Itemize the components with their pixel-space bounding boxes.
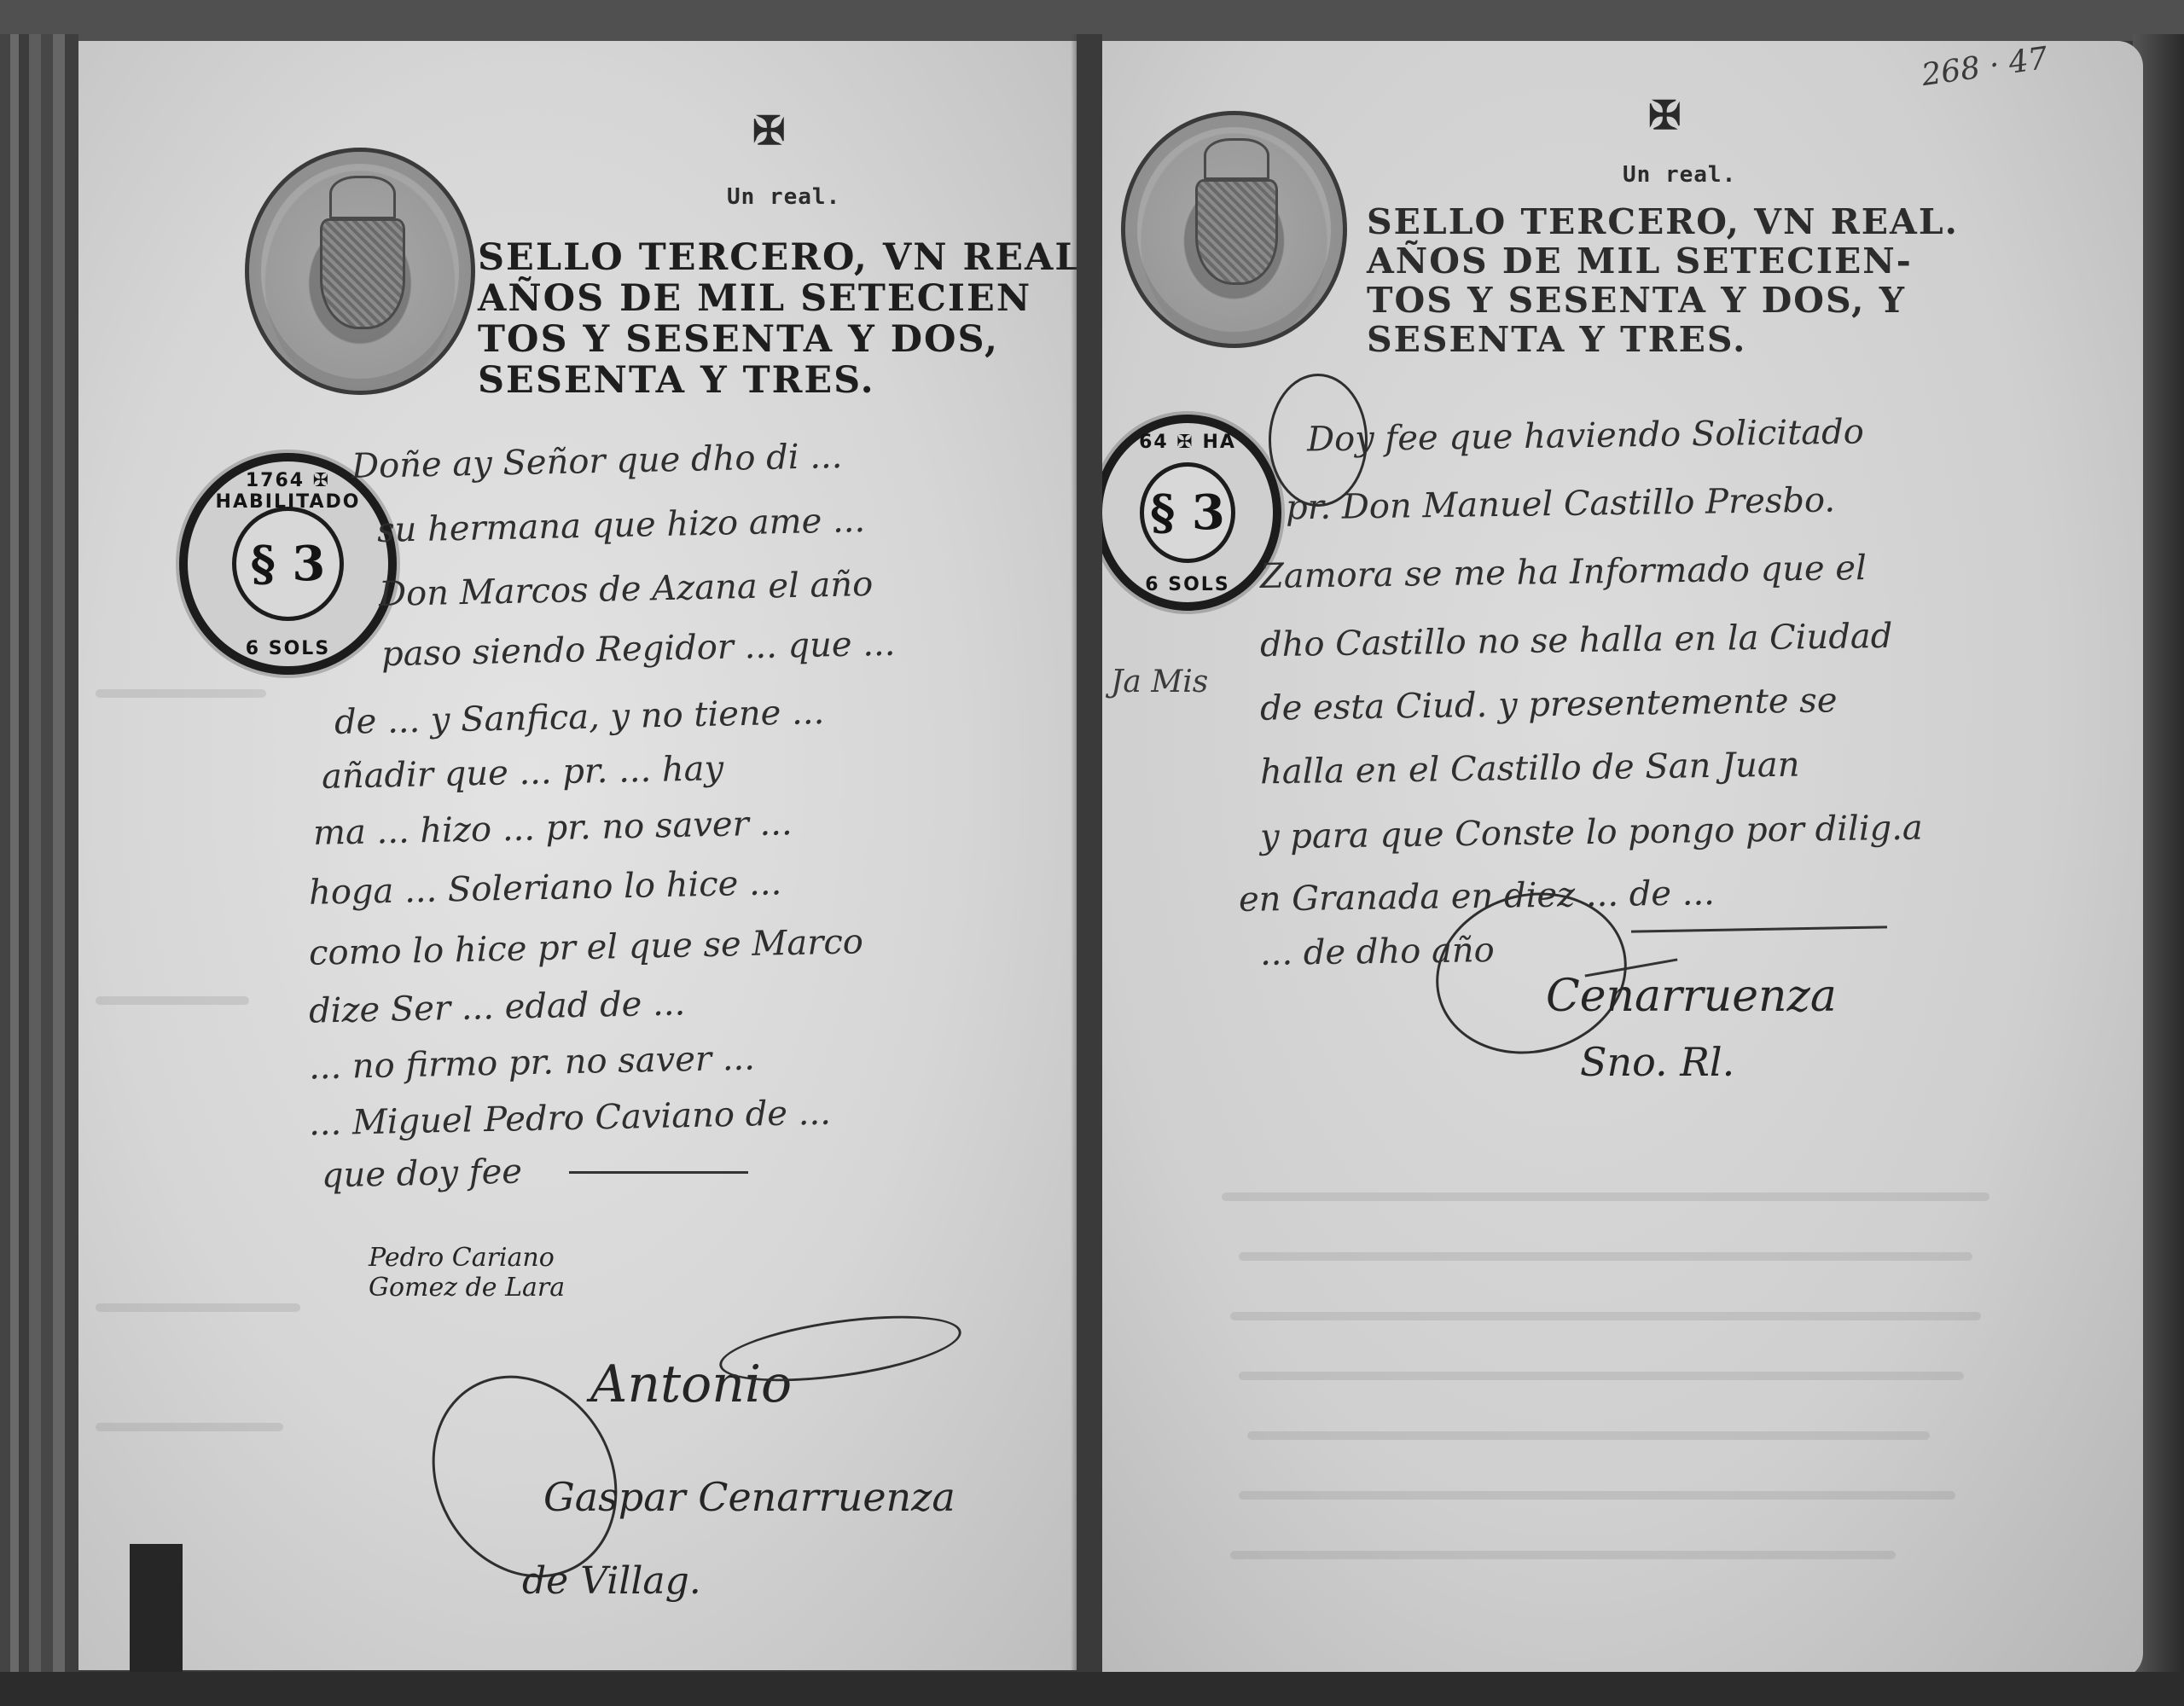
royal-seal <box>1121 111 1347 348</box>
handwritten-line: ... no firmo pr. no saver ... <box>309 1039 756 1088</box>
section-symbol-icon: § 3 <box>251 540 326 588</box>
tax-stamp-ring-bottom: 6 SOLS <box>1102 574 1273 595</box>
stamp-line: SELLO TERCERO, VN REAL. <box>1367 203 1959 242</box>
royal-seal <box>245 148 475 395</box>
cross-icon: ✠ <box>1648 92 1682 138</box>
cross-icon: ✠ <box>752 107 786 154</box>
handwritten-line: de ... y Sanfica, y no tiene ... <box>334 693 825 742</box>
handwritten-line: ma ... hizo ... pr. no saver ... <box>313 804 793 853</box>
bleed-through <box>1222 1192 1989 1201</box>
handwritten-line: pr. Don Manuel Castillo Presbo. <box>1286 481 1836 528</box>
stamp-line: SELLO TERCERO, VN REAL <box>478 237 1077 278</box>
handwritten-line: paso siendo Regidor ... que ... <box>381 624 896 675</box>
stamp-line: AÑOS DE MIL SETECIEN- <box>1367 242 1959 281</box>
signature-name: Pedro Cariano <box>369 1244 565 1274</box>
signature-subtitle: Sno. Rl. <box>1580 1039 1734 1085</box>
tax-stamp: 64 ✠ HA § 3 6 SOLS <box>1102 415 1281 611</box>
scanner-bottom-margin <box>0 1672 2184 1706</box>
tax-stamp-center: § 3 <box>232 507 345 621</box>
signature-name: Gaspar Cenarruenza <box>543 1474 955 1520</box>
margin-note: Ja Mis <box>1111 664 1208 700</box>
handwritten-line: como lo hice pr el que se Marco <box>309 922 864 973</box>
stamp-line: TOS Y SESENTA Y DOS, <box>478 319 1077 360</box>
bleed-through <box>1247 1431 1930 1440</box>
handwritten-line: y para que Conste lo pongo por dilig.a <box>1260 809 1923 857</box>
handwritten-line: Don Marcos de Azana el año <box>379 565 874 614</box>
tax-stamp-ring-top: 64 ✠ HA <box>1102 432 1273 453</box>
bleed-through <box>1239 1491 1955 1500</box>
handwritten-line: hoga ... Soleriano lo hice ... <box>309 863 782 913</box>
bleed-through <box>96 689 266 698</box>
handwritten-line: dize Ser ... edad de ... <box>309 984 686 1030</box>
stamp-heading: SELLO TERCERO, VN REAL AÑOS DE MIL SETEC… <box>478 237 1077 402</box>
handwritten-line: halla en el Castillo de San Juan <box>1260 746 1800 792</box>
denomination-label: Un real. <box>1623 162 1736 188</box>
page-tab-marker <box>130 1544 183 1689</box>
bleed-through <box>1230 1312 1981 1320</box>
stamp-line: AÑOS DE MIL SETECIEN <box>478 278 1077 319</box>
bleed-through <box>96 996 249 1005</box>
section-symbol-icon: § 3 <box>1150 489 1225 537</box>
signature-block: Pedro Cariano Gomez de Lara <box>369 1244 565 1303</box>
signature-name: de Villag. <box>522 1559 701 1603</box>
handwritten-line: de esta Ciud. y presentemente se <box>1260 681 1838 728</box>
handwritten-line: ... Miguel Pedro Caviano de ... <box>309 1094 832 1144</box>
book-spine-edge <box>0 34 78 1706</box>
coat-of-arms-icon <box>1195 179 1279 285</box>
closing-rule <box>1631 926 1887 932</box>
handwritten-line: su hermana que hizo ame ... <box>377 501 866 550</box>
bleed-through <box>96 1303 300 1312</box>
coat-of-arms-icon <box>320 218 405 328</box>
signature-subtitle: Gomez de Lara <box>369 1274 565 1303</box>
denomination-label: Un real. <box>727 184 840 210</box>
handwritten-line: dho Castillo no se halla en la Ciudad <box>1260 617 1893 664</box>
signature-name: Cenarruenza <box>1546 971 1837 1022</box>
crown-icon <box>329 176 397 221</box>
bleed-through <box>1239 1252 1972 1261</box>
book-gutter <box>1077 34 1102 1680</box>
handwritten-line: Zamora se me ha Informado que el <box>1260 548 1867 596</box>
closing-rule <box>569 1171 748 1174</box>
stamp-line: TOS Y SESENTA Y DOS, Y <box>1367 281 1959 321</box>
stamp-line: SESENTA Y TRES. <box>1367 321 1959 360</box>
right-page: 268 · 47 ✠ Un real. SELLO TERCERO, VN RE… <box>1102 41 2143 1679</box>
handwritten-line: Doy fee que haviendo Solicitado <box>1307 412 1864 459</box>
crown-icon <box>1204 138 1269 182</box>
handwritten-line: Doñe ay Señor que dho di ... <box>351 437 843 486</box>
handwritten-line: añadir que ... pr. ... hay <box>322 749 724 797</box>
stamp-line: SESENTA Y TRES. <box>478 360 1077 401</box>
bleed-through <box>1230 1551 1896 1559</box>
tax-stamp: 1764 ✠ HABILITADO § 3 6 SOLS <box>179 453 397 675</box>
bleed-through <box>96 1423 283 1431</box>
handwritten-line: que doy fee <box>322 1152 523 1196</box>
signature-flourish <box>716 1303 965 1393</box>
folio-number: 268 · 47 <box>1920 41 2050 93</box>
stamp-heading: SELLO TERCERO, VN REAL. AÑOS DE MIL SETE… <box>1367 203 1959 360</box>
tax-stamp-center: § 3 <box>1140 462 1235 563</box>
tax-stamp-ring-bottom: 6 SOLS <box>188 638 388 659</box>
left-page: ✠ Un real. SELLO TERCERO, VN REAL AÑOS D… <box>78 41 1077 1670</box>
bleed-through <box>1239 1372 1964 1380</box>
